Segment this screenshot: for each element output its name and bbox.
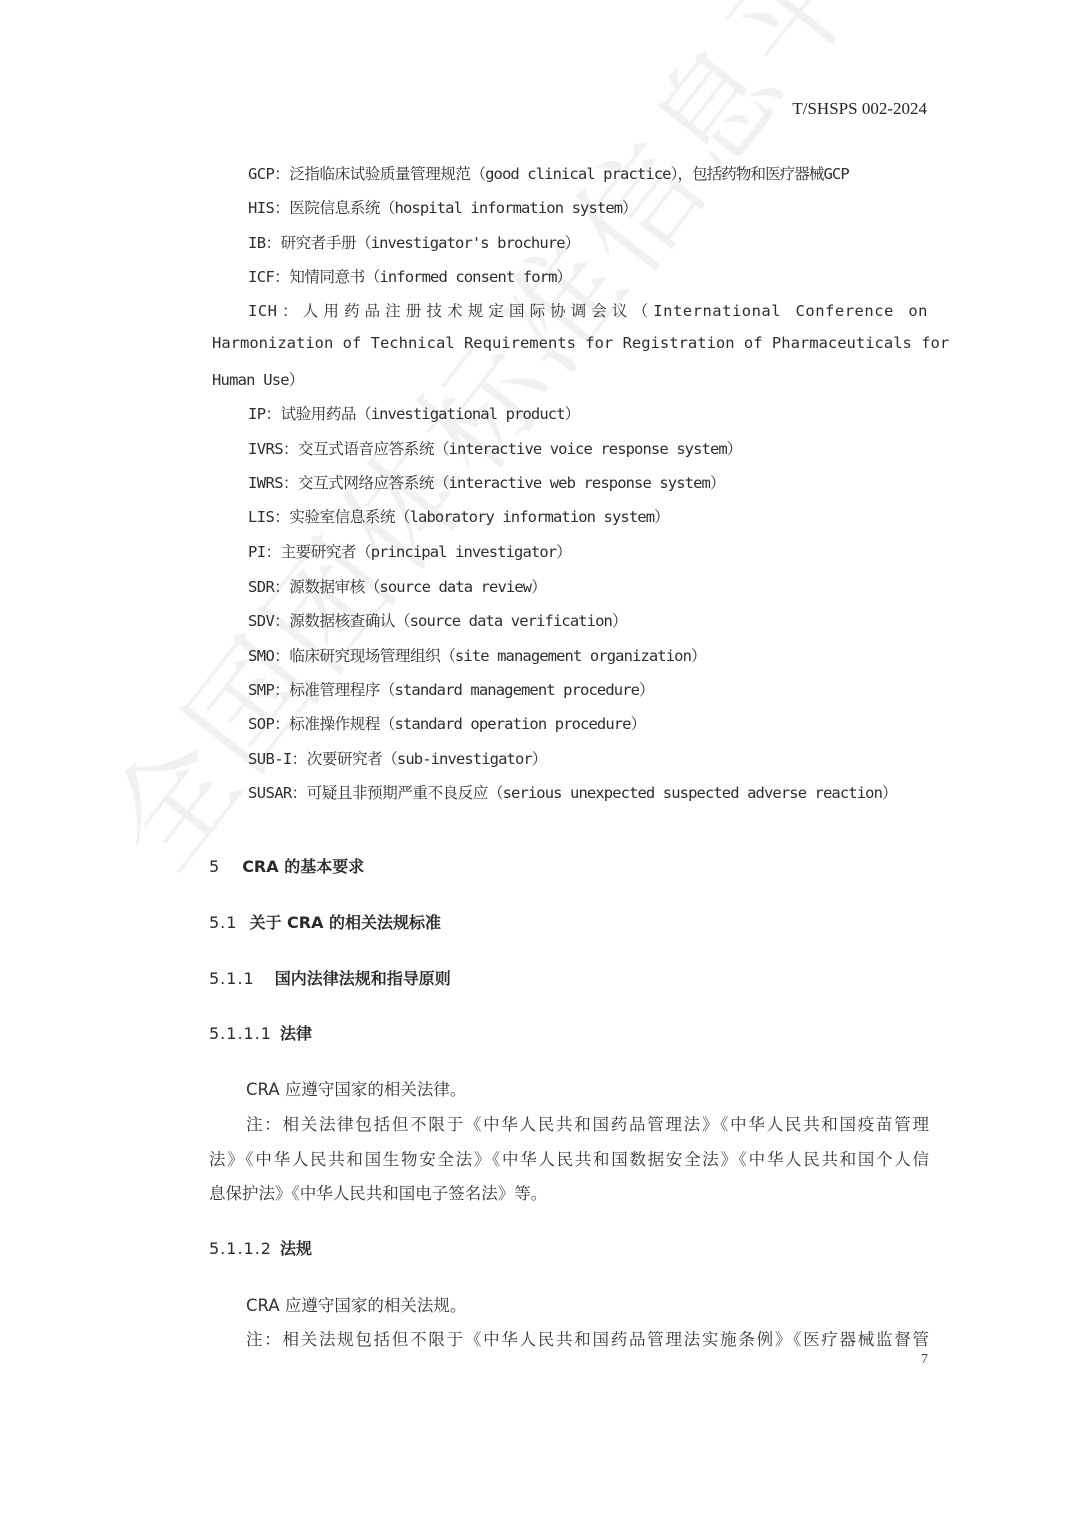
abbreviation-item-susar: SUSAR：可疑且非预期严重不良反应（serious unexpected su… — [248, 781, 897, 803]
abbreviation-term: HIS — [248, 199, 274, 217]
abbreviation-en: （standard management procedure） — [380, 681, 654, 699]
section-title: 法律 — [280, 1024, 312, 1043]
section-title: CRA 的基本要求 — [242, 857, 364, 876]
abbreviation-en: （laboratory information system） — [395, 508, 669, 526]
abbreviation-item-sop: SOP：标准操作规程（standard operation procedure） — [248, 712, 645, 734]
section-number: 5.1.1 — [209, 969, 255, 988]
section-title: 国内法律法规和指导原则 — [275, 969, 451, 988]
abbreviation-item-ivrs: IVRS：交互式语音应答系统（interactive voice respons… — [248, 437, 741, 459]
abbreviation-en: （source data verification） — [395, 612, 627, 630]
section-heading-5-1-1-1: 5.1.1.1法律 — [209, 1021, 312, 1044]
abbreviation-term: SOP — [248, 715, 274, 733]
document-code: T/SHSPS 002-2024 — [792, 99, 927, 119]
abbreviation-ich-continuation: Harmonization of Technical Requirements … — [212, 334, 928, 352]
abbreviation-zh: 临床研究现场管理组织 — [289, 647, 440, 665]
abbreviation-zh: 医院信息系统 — [289, 199, 380, 217]
abbreviation-zh: 可疑且非预期严重不良反应 — [307, 784, 488, 802]
abbreviation-term: IB — [248, 234, 265, 252]
abbreviation-item-iwrs: IWRS：交互式网络应答系统（interactive web response … — [248, 471, 725, 493]
abbreviation-en: （good clinical practice），包括药物和医疗器械GCP — [471, 165, 849, 183]
section-title: 关于 CRA 的相关法规标准 — [249, 913, 441, 932]
abbreviation-zh: 次要研究者 — [307, 750, 383, 768]
abbreviation-term: SUSAR — [248, 784, 292, 802]
abbreviation-en: （investigational product） — [356, 405, 579, 423]
abbreviation-en: （sub-investigator） — [382, 750, 546, 768]
abbreviation-item-sdr: SDR：源数据审核（source data review） — [248, 575, 546, 597]
abbreviation-zh: 泛指临床试验质量管理规范 — [289, 165, 470, 183]
abbreviation-item-pi: PI：主要研究者（principal investigator） — [248, 540, 571, 562]
abbreviation-en: （interactive web response system） — [434, 474, 725, 492]
page-number: 7 — [921, 1352, 928, 1368]
section-number: 5.1 — [209, 913, 237, 932]
abbreviation-term: SUB-I — [248, 750, 292, 768]
abbreviation-en: （site management organization） — [440, 647, 705, 665]
abbreviation-item-lis: LIS：实验室信息系统（laboratory information syste… — [248, 505, 669, 527]
abbreviation-item-sub-i: SUB-I：次要研究者（sub-investigator） — [248, 747, 546, 769]
abbreviation-zh: 主要研究者 — [281, 543, 357, 561]
abbreviation-zh: 交互式语音应答系统 — [298, 440, 434, 458]
abbreviation-term: IVRS — [248, 440, 283, 458]
abbreviation-item-his: HIS：医院信息系统（hospital information system） — [248, 196, 637, 218]
abbreviation-zh: 源数据审核 — [289, 578, 365, 596]
abbreviation-zh: 实验室信息系统 — [289, 508, 395, 526]
abbreviation-zh: 知情同意书 — [289, 268, 365, 286]
abbreviation-item-smp: SMP：标准管理程序（standard management procedure… — [248, 678, 654, 700]
abbreviation-term: IWRS — [248, 474, 283, 492]
section-heading-5: 5CRA 的基本要求 — [209, 854, 364, 877]
abbreviation-item-ip: IP：试验用药品（investigational product） — [248, 402, 579, 424]
law-note-line-3: 息保护法》《中华人民共和国电子签名法》等。 — [209, 1180, 547, 1204]
law-body: CRA 应遵守国家的相关法律。 — [246, 1076, 466, 1100]
section-number: 5 — [209, 857, 220, 876]
regulation-body: CRA 应遵守国家的相关法规。 — [246, 1292, 466, 1316]
abbreviation-en: （principal investigator） — [356, 543, 571, 561]
section-number: 5.1.1.1 — [209, 1024, 272, 1043]
abbreviation-item-ib: IB：研究者手册（investigator's brochure） — [248, 231, 579, 253]
abbreviation-en: （source data review） — [365, 578, 546, 596]
abbreviation-zh: 标准管理程序 — [289, 681, 380, 699]
section-heading-5-1-1: 5.1.1国内法律法规和指导原则 — [209, 966, 451, 989]
abbreviation-item-smo: SMO：临床研究现场管理组织（site management organizat… — [248, 644, 706, 666]
abbreviation-en: （standard operation procedure） — [380, 715, 645, 733]
regulation-note-line-1: 注：相关法规包括但不限于《中华人民共和国药品管理法实施条例》《医疗器械监督管 — [246, 1326, 929, 1350]
abbreviation-term: LIS — [248, 508, 274, 526]
abbreviation-ich-end: Human Use） — [212, 368, 304, 390]
section-title: 法规 — [280, 1239, 312, 1258]
section-heading-5-1-1-2: 5.1.1.2法规 — [209, 1236, 312, 1259]
abbreviation-item-ich: ICH：人用药品注册技术规定国际协调会议（International Confe… — [248, 299, 928, 321]
abbreviation-item-icf: ICF：知情同意书（informed consent form） — [248, 265, 571, 287]
abbreviation-term: ICF — [248, 268, 274, 286]
abbreviation-en: （informed consent form） — [365, 268, 571, 286]
abbreviation-term: SDV — [248, 612, 274, 630]
abbreviation-term: IP — [248, 405, 265, 423]
abbreviation-en: （hospital information system） — [380, 199, 637, 217]
abbreviation-en: （interactive voice response system） — [434, 440, 741, 458]
abbreviation-zh: 试验用药品 — [281, 405, 357, 423]
abbreviation-term: SDR — [248, 578, 274, 596]
law-note-line-2: 法》《中华人民共和国生物安全法》《中华人民共和国数据安全法》《中华人民共和国个人… — [209, 1146, 929, 1170]
abbreviation-item-gcp: GCP：泛指临床试验质量管理规范（good clinical practice）… — [248, 162, 849, 184]
abbreviation-term: SMP — [248, 681, 274, 699]
section-heading-5-1: 5.1关于 CRA 的相关法规标准 — [209, 910, 441, 933]
document-page: 全国团体标准信息平台 T/SHSPS 002-2024 GCP：泛指临床试验质量… — [0, 0, 1080, 1527]
abbreviation-term: PI — [248, 543, 265, 561]
abbreviation-zh: 研究者手册 — [281, 234, 357, 252]
abbreviation-en: （investigator's brochure） — [356, 234, 579, 252]
abbreviation-item-sdv: SDV：源数据核查确认（source data verification） — [248, 609, 627, 631]
abbreviation-term: GCP — [248, 165, 274, 183]
abbreviation-zh: 标准操作规程 — [289, 715, 380, 733]
abbreviation-zh: 交互式网络应答系统 — [298, 474, 434, 492]
abbreviation-en: （serious unexpected suspected adverse re… — [488, 784, 897, 802]
abbreviation-zh: 源数据核查确认 — [289, 612, 395, 630]
section-number: 5.1.1.2 — [209, 1239, 272, 1258]
law-note-line-1: 注：相关法律包括但不限于《中华人民共和国药品管理法》《中华人民共和国疫苗管理 — [246, 1111, 929, 1135]
abbreviation-term: SMO — [248, 647, 274, 665]
